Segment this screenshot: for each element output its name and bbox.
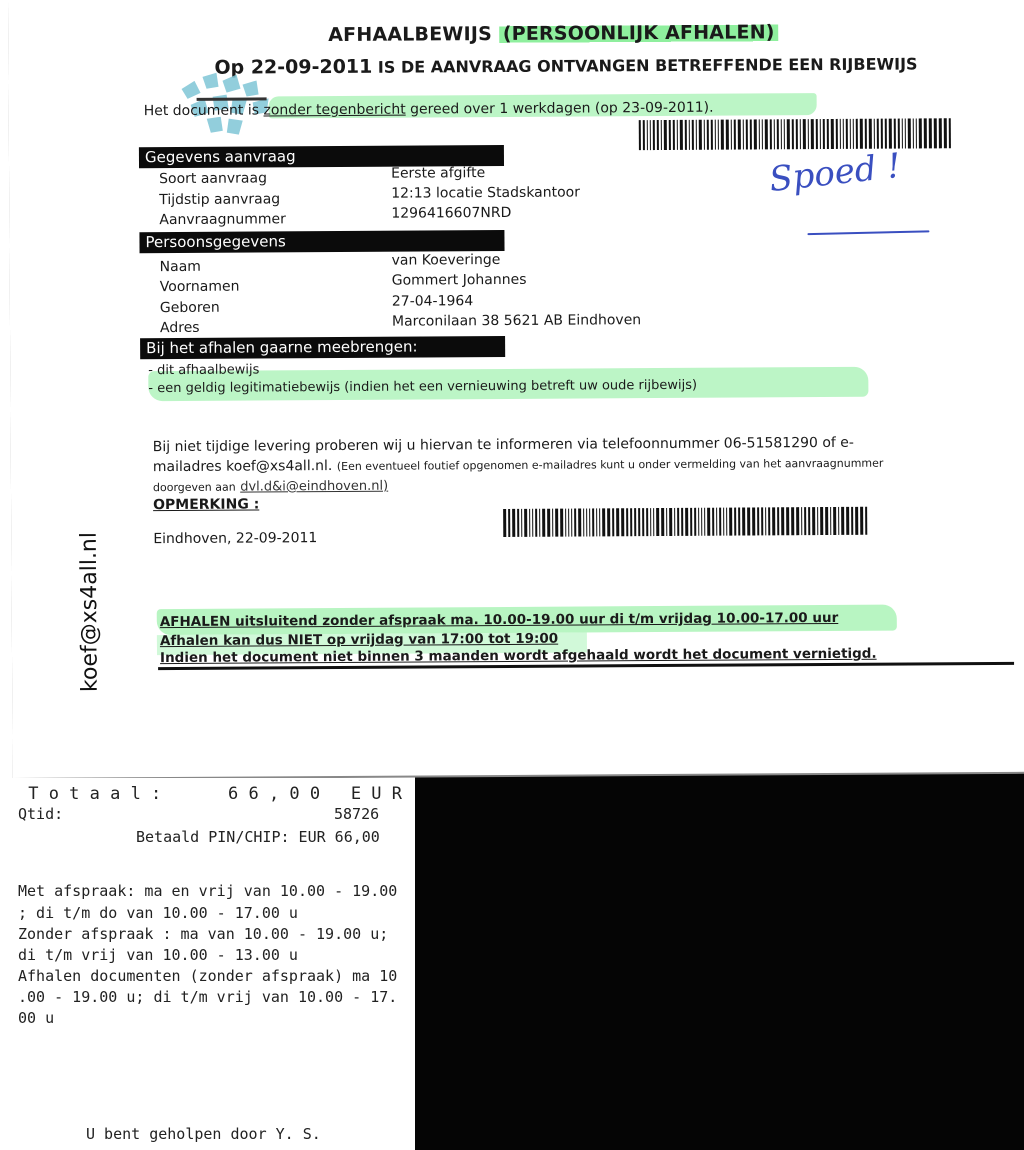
document-subtitle: Op 22-09-2011 IS DE AANVRAAG ONTVANGEN B… bbox=[214, 52, 917, 78]
subtitle-text: IS DE AANVRAAG ONTVANGEN BETREFFENDE EEN… bbox=[378, 54, 918, 76]
helped-by: U bent geholpen door Y. S. bbox=[86, 1125, 321, 1143]
scanner-background bbox=[415, 765, 1024, 1150]
title-highlighted: (PERSOONLIJK AFHALEN) bbox=[499, 21, 779, 45]
hours-line: 00 u bbox=[18, 1009, 54, 1027]
ready-prefix: Het document is bbox=[144, 102, 259, 119]
notice-line-1: Bij niet tijdige levering proberen wij u… bbox=[153, 435, 854, 455]
title-plain: AFHAALBEWIJS bbox=[328, 23, 492, 46]
value-request-type: Eerste afgifte bbox=[391, 165, 485, 182]
value-address: Marconilaan 38 5621 AB Eindhoven bbox=[392, 312, 641, 330]
notice-small: doorgeven aan bbox=[153, 481, 236, 495]
side-email: koef@xs4all.nl bbox=[77, 502, 103, 722]
value-request-time: 12:13 locatie Stadskantoor bbox=[391, 185, 580, 202]
payment-receipt: T o t a a l : 6 6 , 0 0 E U R Qtid: 5872… bbox=[0, 778, 415, 1150]
value-request-number: 1296416607NRD bbox=[391, 205, 511, 222]
hours-line: Met afspraak: ma en vrij van 10.00 - 19.… bbox=[18, 882, 397, 900]
handwritten-note: Spoed ! bbox=[767, 146, 903, 200]
ready-underlined: zonder tegenbericht bbox=[263, 102, 405, 119]
value-first-names: Gommert Johannes bbox=[392, 272, 527, 289]
hours-line: Zonder afspraak : ma van 10.00 - 19.00 u… bbox=[18, 925, 388, 943]
hours-line: ; di t/m do van 10.00 - 17.00 u bbox=[18, 904, 298, 922]
ready-notice: Het document is zonder tegenbericht gere… bbox=[144, 100, 714, 119]
label-birth-date: Geboren bbox=[160, 300, 220, 316]
label-request-time: Tijdstip aanvraag bbox=[159, 191, 280, 208]
qtid-value: 58726 bbox=[334, 805, 379, 823]
total-value: 6 6 , 0 0 E U R bbox=[228, 784, 402, 804]
qtid-label: Qtid: bbox=[18, 805, 63, 823]
bring-item: - dit afhaalbewijs bbox=[148, 362, 259, 378]
label-surname: Naam bbox=[160, 259, 201, 275]
barcode-bottom bbox=[503, 507, 869, 537]
remark-label: OPMERKING : bbox=[153, 496, 259, 513]
paid-line: Betaald PIN/CHIP: EUR 66,00 bbox=[136, 828, 380, 846]
label-address: Adres bbox=[160, 320, 200, 336]
handwritten-underline bbox=[807, 230, 929, 235]
notice-line-3: doorgeven aan dvl.d&i@eindhoven.nl) bbox=[153, 478, 388, 495]
total-label: T o t a a l : bbox=[18, 784, 161, 804]
document-title: AFHAALBEWIJS (PERSOONLIJK AFHALEN) bbox=[328, 21, 779, 46]
label-request-type: Soort aanvraag bbox=[159, 170, 267, 187]
hours-line: di t/m vrij van 10.00 - 13.00 u bbox=[18, 946, 298, 964]
section-header-bring: Bij het afhalen gaarne meebrengen: bbox=[140, 336, 505, 359]
value-birth-date: 27-04-1964 bbox=[392, 293, 473, 309]
pickup-line: Afhalen kan dus NIET op vrijdag van 17:0… bbox=[160, 631, 558, 649]
hours-line: .00 - 19.00 u; di t/m vrij van 10.00 - 1… bbox=[18, 988, 397, 1006]
value-surname: van Koeveringe bbox=[392, 252, 501, 269]
email-link[interactable]: dvl.d&i@eindhoven.nl) bbox=[240, 479, 388, 495]
pickup-receipt-document: AFHAALBEWIJS (PERSOONLIJK AFHALEN) Op 22… bbox=[8, 0, 1024, 778]
notice-line-2: mailadres koef@xs4all.nl. (Een eventueel… bbox=[153, 455, 884, 475]
notice-small: (Een eventueel foutief opgenomen e-maila… bbox=[337, 457, 884, 473]
barcode-top bbox=[639, 118, 953, 150]
ready-suffix: gereed over 1 werkdagen (op 23-09-2011). bbox=[410, 100, 713, 118]
hours-line: Afhalen documenten (zonder afspraak) ma … bbox=[18, 967, 397, 985]
place-date: Eindhoven, 22-09-2011 bbox=[153, 530, 317, 547]
label-request-number: Aanvraagnummer bbox=[159, 211, 286, 228]
label-first-names: Voornamen bbox=[160, 279, 240, 295]
notice-email: mailadres koef@xs4all.nl. bbox=[153, 458, 333, 475]
section-header-person: Persoonsgegevens bbox=[139, 230, 504, 253]
